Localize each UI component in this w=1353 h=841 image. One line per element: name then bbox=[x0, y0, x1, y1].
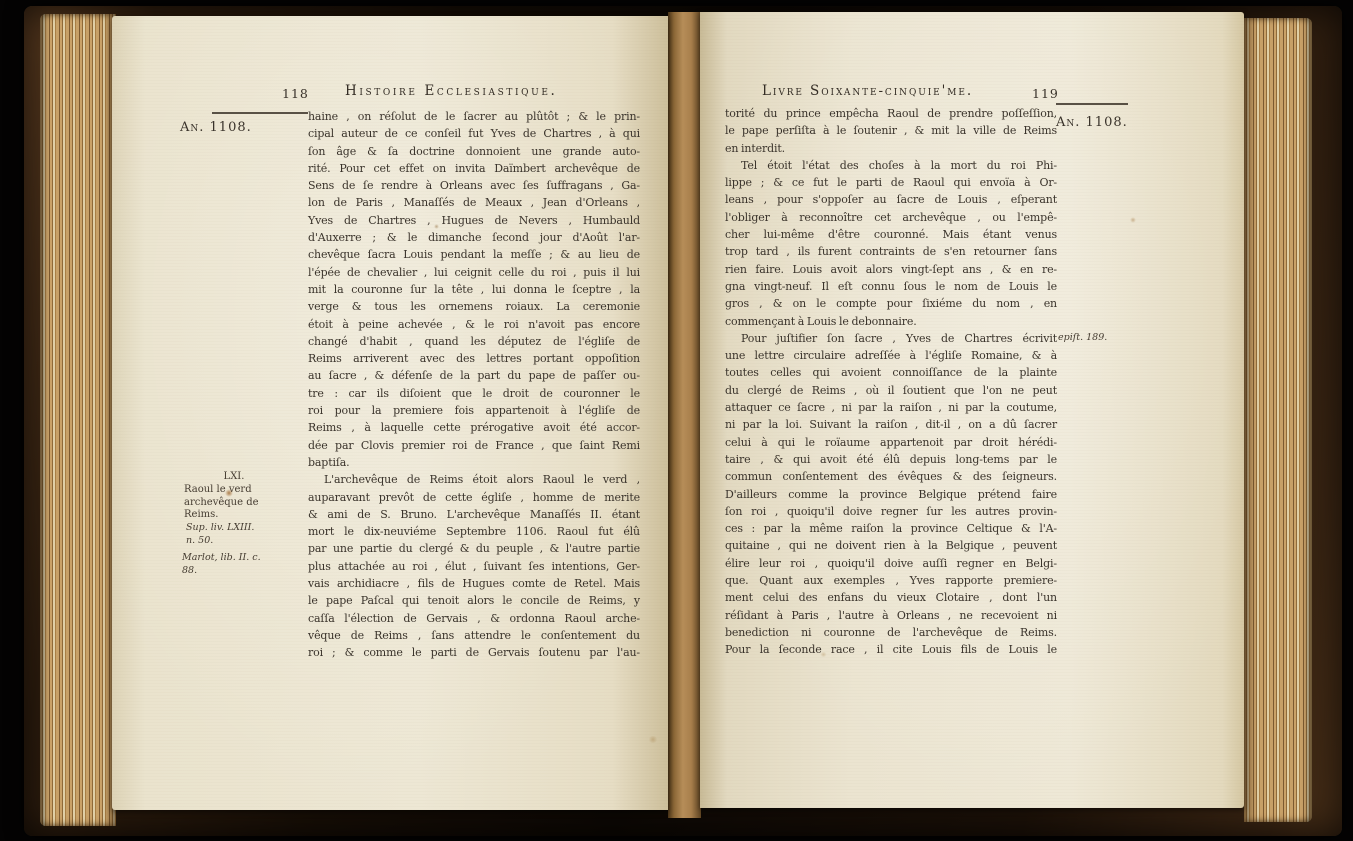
right-page-number: 119 bbox=[1032, 86, 1059, 101]
text-line: benediction ni couronne de l'archevêque … bbox=[725, 624, 1057, 641]
side-note-line: Raoul le verd bbox=[184, 484, 292, 497]
text-line: l'obliger à reconnoître cet archevêque ,… bbox=[725, 209, 1057, 226]
side-note: LXI. bbox=[180, 471, 288, 484]
text-line: le pape perſiſta à le ſoutenir , & mit l… bbox=[725, 122, 1057, 139]
side-note-line: Reims. bbox=[184, 509, 292, 522]
text-line: haine , on réſolut de le ſacrer au plûtô… bbox=[308, 108, 640, 125]
side-note: Marlot, lib. II. c.88. bbox=[182, 552, 290, 577]
text-line: leans , pour s'oppoſer au ſacre de Louis… bbox=[725, 191, 1057, 208]
text-line: D'ailleurs comme la province Belgique pr… bbox=[725, 486, 1057, 503]
text-line: Yves de Chartres , Hugues de Nevers , Hu… bbox=[308, 212, 640, 229]
text-line: torité du prince empêcha Raoul de prendr… bbox=[725, 105, 1057, 122]
left-page-text-block: haine , on réſolut de le ſacrer au plûtô… bbox=[308, 108, 640, 662]
text-line: quitaine , qui ne doivent rien à la Belg… bbox=[725, 537, 1057, 554]
text-line: ces : par la même raiſon la province Cel… bbox=[725, 520, 1057, 537]
right-page: Livre Soixante-cinquie'me. 119 An. 1108.… bbox=[700, 12, 1244, 808]
side-note-line: archevêque de bbox=[184, 497, 292, 510]
text-line: roi ; & comme le parti de Gervais ſouten… bbox=[308, 644, 640, 661]
text-line: par une partie du clergé & du peuple , &… bbox=[308, 540, 640, 557]
text-line: & ami de S. Bruno. L'archevêque Manaſſés… bbox=[308, 506, 640, 523]
text-line: Pour juſtifier ſon ſacre , Yves de Chart… bbox=[725, 330, 1057, 347]
side-note-line: epiſt. 189. bbox=[1058, 332, 1166, 345]
text-line: ment celui des enfans du vieux Clotaire … bbox=[725, 589, 1057, 606]
text-line: rité. Pour cet effet on invita Daïmbert … bbox=[308, 160, 640, 177]
photo-background: 118 Histoire Ecclesiastique. An. 1108. h… bbox=[0, 0, 1353, 841]
text-line: lippe ; & ce fut le parti de Raoul qui e… bbox=[725, 174, 1057, 191]
left-running-title: Histoire Ecclesiastique. bbox=[345, 83, 557, 99]
text-line: le pape Paſcal qui tenoit alors le conci… bbox=[308, 592, 640, 609]
text-line: cher lui-même d'être couronné. Mais étan… bbox=[725, 226, 1057, 243]
text-line: ſon roi , quoiqu'il doive regner ſur les… bbox=[725, 503, 1057, 520]
text-line: réſidant à Paris , l'autre à Orleans , n… bbox=[725, 607, 1057, 624]
side-note-line: n. 50. bbox=[186, 535, 294, 548]
open-book: 118 Histoire Ecclesiastique. An. 1108. h… bbox=[24, 6, 1342, 836]
text-line: commun conſentement des évêques & des ſe… bbox=[725, 468, 1057, 485]
text-line: caſſa l'élection de Gervais , & ordonna … bbox=[308, 610, 640, 627]
text-line: d'Auxerre ; & le dimanche ſecond jour d'… bbox=[308, 229, 640, 246]
side-note: Sup. liv. LXIII.n. 50. bbox=[186, 522, 294, 547]
right-margin-rule bbox=[1056, 103, 1128, 105]
foxing-spot bbox=[648, 736, 658, 743]
text-line: tre : car ils diſoient que le droit de c… bbox=[308, 385, 640, 402]
text-line: roi pour la premiere fois appartenoit à … bbox=[308, 402, 640, 419]
text-line: taire , & qui avoit été élû depuis long-… bbox=[725, 451, 1057, 468]
text-line: toutes celles qui avoient connoiſſance d… bbox=[725, 364, 1057, 381]
text-line: élire leur roi , quoiqu'il doive auſſi r… bbox=[725, 555, 1057, 572]
text-line: auparavant prevôt de cette égliſe , homm… bbox=[308, 489, 640, 506]
text-line: trop tard , ils furent contraints de s'e… bbox=[725, 243, 1057, 260]
text-line: vais archidiacre , fils de Hugues comte … bbox=[308, 575, 640, 592]
book-gutter bbox=[668, 12, 701, 818]
text-line: celui à qui le roïaume appartenoit par d… bbox=[725, 434, 1057, 451]
text-line: une lettre circulaire adreſſée à l'égliſ… bbox=[725, 347, 1057, 364]
text-line: rien faire. Louis avoit alors vingt-ſept… bbox=[725, 261, 1057, 278]
left-page: 118 Histoire Ecclesiastique. An. 1108. h… bbox=[112, 16, 668, 810]
left-page-number: 118 bbox=[282, 86, 309, 101]
text-line: gros , & on le compte pour ſixiéme du no… bbox=[725, 295, 1057, 312]
text-line: mit la couronne ſur la tête , lui donna … bbox=[308, 281, 640, 298]
text-line: Pour la ſeconde race , il cite Louis fil… bbox=[725, 641, 1057, 658]
text-line: attaquer ce ſacre , ni par la raiſon , n… bbox=[725, 399, 1057, 416]
text-line: au ſacre , & défenſe de la part du pape … bbox=[308, 367, 640, 384]
right-page-stack-edge bbox=[1244, 18, 1312, 822]
text-line: changé d'habit , quand les députez de l'… bbox=[308, 333, 640, 350]
text-line: du clergé de Reims , où il ſoutient que … bbox=[725, 382, 1057, 399]
text-line: commençant à Louis le debonnaire. bbox=[725, 313, 1057, 330]
left-margin-rule bbox=[212, 112, 308, 114]
text-line: Sens de ſe rendre à Orleans avec ſes ſuf… bbox=[308, 177, 640, 194]
text-line: Reims , à laquelle cette prérogative avo… bbox=[308, 419, 640, 436]
text-line: lon de Paris , Manaſſés de Meaux , Jean … bbox=[308, 194, 640, 211]
side-note-line: LXI. bbox=[180, 471, 288, 484]
right-running-title: Livre Soixante-cinquie'me. bbox=[762, 83, 973, 99]
right-margin-year-note: An. 1108. bbox=[1056, 115, 1128, 130]
side-note-line: Marlot, lib. II. c. bbox=[182, 552, 290, 565]
text-line: vêque de Reims , ſans attendre le conſen… bbox=[308, 627, 640, 644]
foxing-spot bbox=[1130, 217, 1136, 223]
text-line: Reims arriverent avec des lettres portan… bbox=[308, 350, 640, 367]
text-line: baptiſa. bbox=[308, 454, 640, 471]
text-line: ſon âge & ſa doctrine donnoient une gran… bbox=[308, 143, 640, 160]
text-line: Tel étoit l'état des choſes à la mort du… bbox=[725, 157, 1057, 174]
side-note-line: Sup. liv. LXIII. bbox=[186, 522, 294, 535]
text-line: ni par la loi. Suivant la raiſon , dit-i… bbox=[725, 416, 1057, 433]
text-line: chevêque ſacra Louis pendant la meſſe ; … bbox=[308, 246, 640, 263]
text-line: étoit à peine achevée , & le roi n'avoit… bbox=[308, 316, 640, 333]
text-line: mort le dix-neuviéme Septembre 1106. Rao… bbox=[308, 523, 640, 540]
side-note-line: 88. bbox=[182, 565, 290, 578]
left-margin-year-note: An. 1108. bbox=[180, 120, 252, 135]
text-line: cipal auteur de ce conſeil fut Yves de C… bbox=[308, 125, 640, 142]
text-line: plus attachée au roi , élut , ſuivant ſe… bbox=[308, 558, 640, 575]
side-note: Raoul le verdarchevêque deReims. bbox=[184, 484, 292, 522]
left-page-stack-edge bbox=[40, 14, 116, 826]
text-line: gna vingt-neuf. Il eſt connu ſous le nom… bbox=[725, 278, 1057, 295]
text-line: dée par Clovis premier roi de France , q… bbox=[308, 437, 640, 454]
text-line: L'archevêque de Reims étoit alors Raoul … bbox=[308, 471, 640, 488]
right-page-text-block: torité du prince empêcha Raoul de prendr… bbox=[725, 105, 1057, 659]
side-note: epiſt. 189. bbox=[1058, 332, 1166, 345]
text-line: que. Quant aux exemples , Yves rapporte … bbox=[725, 572, 1057, 589]
text-line: en interdit. bbox=[725, 140, 1057, 157]
text-line: l'épée de chevalier , lui ceignit celle … bbox=[308, 264, 640, 281]
text-line: verge & tous les ornemens roiaux. La cer… bbox=[308, 298, 640, 315]
